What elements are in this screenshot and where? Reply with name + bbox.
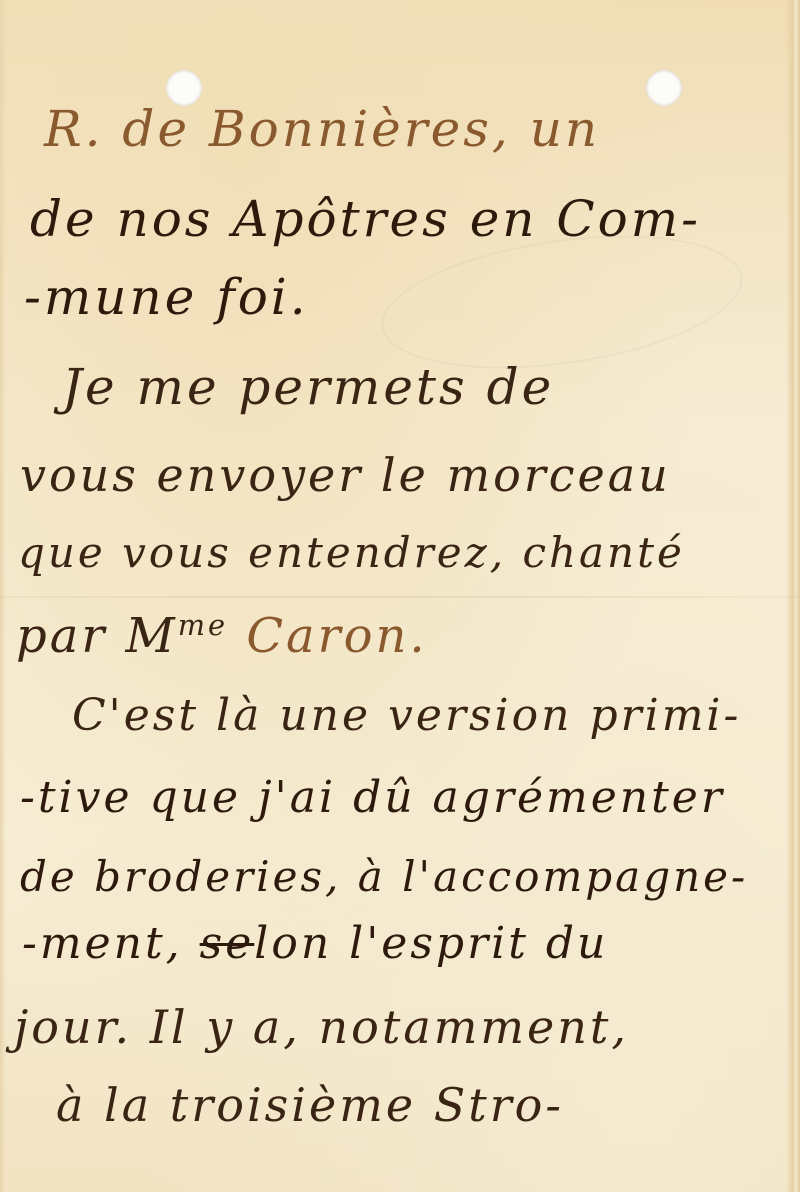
letter-line-4-text: Je me permets de [62, 358, 554, 416]
letter-line-7-superscript: me [178, 608, 228, 642]
letter-line-5-text: vous envoyer le morceau [20, 448, 671, 502]
letter-line-12: jour. Il y a, notamment, [14, 1000, 629, 1054]
letter-line-5: vous envoyer le morceau [20, 448, 671, 502]
letter-page: R. de Bonnières, un de nos Apôtres en Co… [0, 0, 800, 1192]
letter-line-10: de broderies, à l'accompagne- [20, 852, 748, 901]
letter-line-7-name: Caron. [228, 608, 428, 664]
letter-line-2-text: de nos Apôtres en Com- [30, 190, 701, 248]
letter-line-8: C'est là une version primi- [72, 690, 741, 741]
letter-line-7: par Mme Caron. [16, 608, 428, 664]
letter-line-6-text: que vous entendrez, chanté [18, 528, 685, 577]
letter-line-11-prefix: -ment, [22, 918, 200, 969]
letter-line-13: à la troisième Stro- [56, 1078, 564, 1132]
letter-line-1: R. de Bonnières, un [44, 100, 600, 158]
letter-line-8-text: C'est là une version primi- [72, 690, 741, 741]
letter-line-6: que vous entendrez, chanté [18, 528, 685, 577]
letter-line-1-text: R. de Bonnières, un [44, 100, 600, 158]
letter-line-11: -ment, selon l'esprit du [22, 918, 608, 969]
letter-line-13-text: à la troisième Stro- [56, 1078, 564, 1132]
letter-line-9-text: -tive que j'ai dû agrémenter [20, 772, 725, 823]
letter-line-3: -mune foi. [24, 268, 309, 326]
letter-line-10-text: de broderies, à l'accompagne- [20, 852, 748, 901]
letter-line-11-rest: lon l'esprit du [254, 918, 608, 969]
struck-through-text: se [200, 918, 255, 969]
letter-line-2: de nos Apôtres en Com- [30, 190, 701, 248]
letter-line-3-text: -mune foi. [24, 268, 309, 326]
letter-line-7-prefix: par M [16, 608, 178, 664]
letter-line-4: Je me permets de [62, 358, 554, 416]
handwritten-text: R. de Bonnières, un de nos Apôtres en Co… [0, 0, 800, 1192]
letter-line-9: -tive que j'ai dû agrémenter [20, 772, 725, 823]
letter-line-12-text: jour. Il y a, notamment, [14, 1000, 629, 1054]
